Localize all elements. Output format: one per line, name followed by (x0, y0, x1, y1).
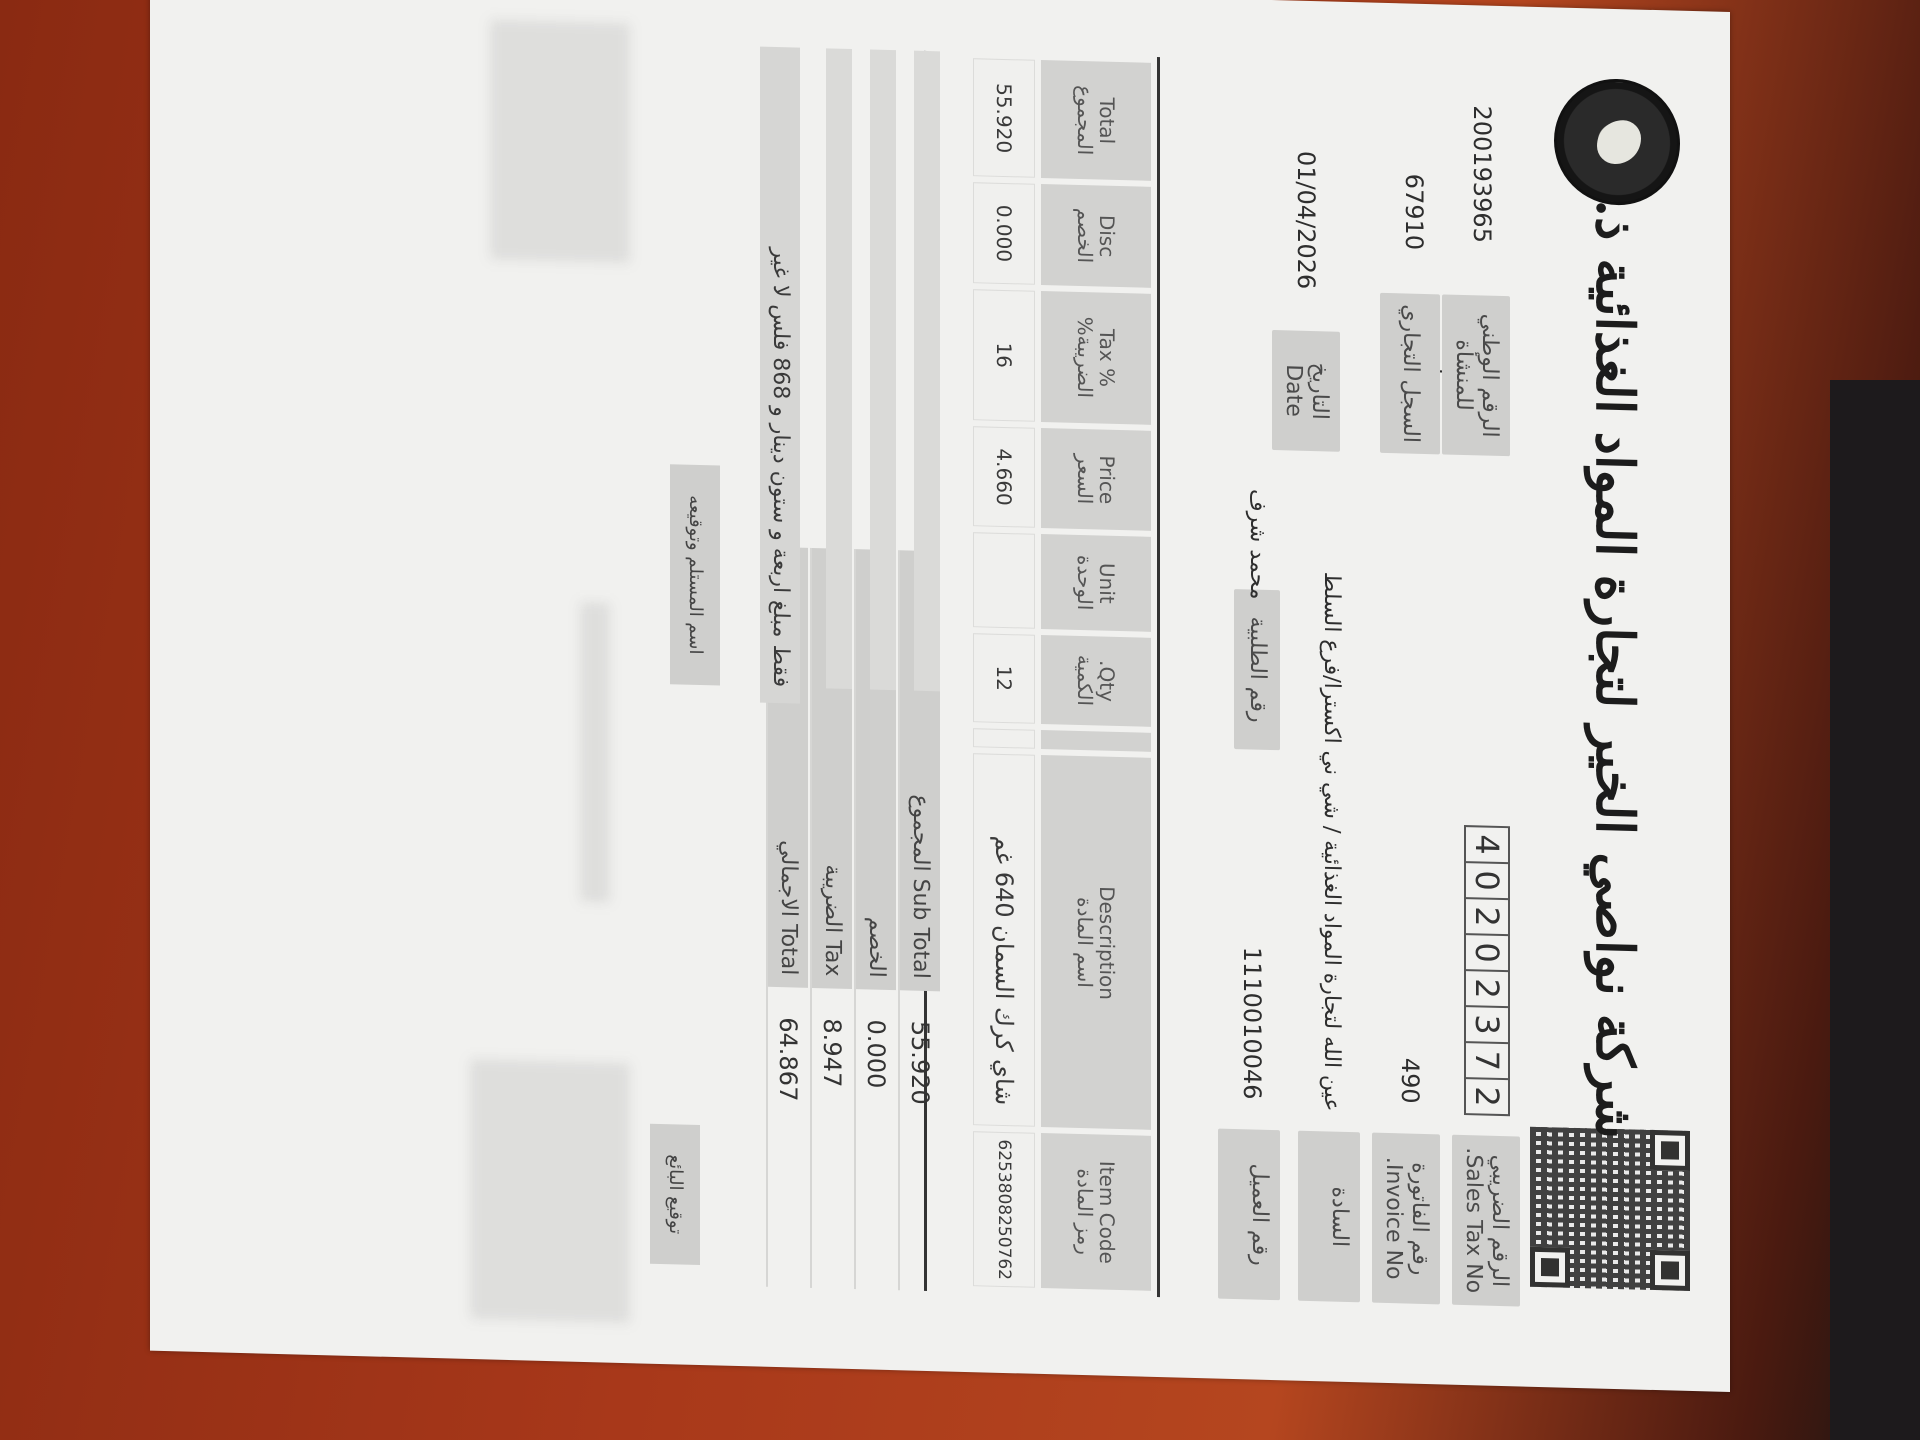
tax-digit: 2 (1466, 971, 1508, 1008)
customer-value: عين الله لتجارة المواد الغذائية / شي ني … (1319, 571, 1344, 1111)
invoice-no-value: 490 (1396, 1057, 1424, 1104)
invoice-paper: شركة نواصي الخير لتجارة المواد الغذائية … (150, 0, 1730, 1392)
column-header-en: Item Code (1096, 1141, 1118, 1284)
cell-blank (973, 728, 1035, 749)
national-no-label: الرقم الوطني للمنشأة (1442, 294, 1510, 456)
print-smudge (490, 20, 630, 264)
items-header-row: Item Codeرمز المادةDescriptionاسم المادة… (1041, 60, 1151, 1291)
date-label-ar: التاريخ (1306, 341, 1332, 442)
column-header-en: Qty. (1096, 642, 1118, 719)
items-table: Item Codeرمز المادةDescriptionاسم المادة… (967, 52, 1157, 1297)
print-smudge (470, 1059, 630, 1323)
commercial-reg-value: 67910 (1400, 173, 1428, 250)
tax-value: 8.947 (812, 1018, 852, 1279)
tax-digit: 4 (1466, 827, 1508, 864)
cell-disc: 0.000 (973, 182, 1035, 284)
company-name: شركة نواصي الخير لتجارة المواد الغذائية … (1584, 116, 1645, 1140)
receiver-signature-box: اسم المستلم وتوقيعه (670, 464, 720, 685)
amount-in-words: فقط مبلغ اربعة و ستون دينار و 868 فلس لا… (760, 47, 800, 704)
items-body: 6253808250762شاي كرك السمان 640 غم124.66… (973, 58, 1035, 1288)
empty-band (870, 49, 896, 690)
tax-digit: 2 (1466, 899, 1508, 936)
discount-value: 0.000 (856, 1019, 896, 1280)
cell-tax-pct: 16 (973, 289, 1035, 422)
qr-finder (1530, 1247, 1570, 1288)
column-header-en: Total (1096, 67, 1118, 174)
tax-digit: 0 (1466, 863, 1508, 900)
tax-digit: 7 (1466, 1043, 1508, 1080)
national-no-value: 200193965 (1468, 105, 1496, 243)
column-header: Item Codeرمز المادة (1041, 1133, 1151, 1290)
empty-band (914, 51, 940, 692)
column-header: Unitالوحدة (1041, 534, 1151, 632)
cell-price: 4.660 (973, 426, 1035, 528)
column-header: Priceالسعر (1041, 428, 1151, 531)
column-header-ar: الوحدة (1074, 541, 1096, 624)
background-dark-object (1830, 380, 1920, 1440)
tax-digit: 2 (1466, 1079, 1508, 1114)
column-header-en: % Tax (1096, 298, 1118, 418)
commercial-reg-label: السجل التجاري (1380, 293, 1440, 455)
grand-total-value: 64.867 (768, 1017, 808, 1278)
subtotal-value: 55.920 (900, 1020, 940, 1281)
column-header: Descriptionاسم المادة (1041, 755, 1151, 1130)
invoice-no-label-ar: رقم الفاتورة (1406, 1144, 1432, 1295)
client-no-label: رقم العميل (1218, 1129, 1280, 1301)
invoice-header: شركة نواصي الخير لتجارة المواد الغذائية … (1540, 67, 1700, 1311)
seller-signature-box: توقيع البائع (650, 1124, 700, 1265)
date-value: 01/04/2026 (1292, 151, 1320, 290)
table-row: 6253808250762شاي كرك السمان 640 غم124.66… (973, 58, 1035, 1288)
invoice-no-label: رقم الفاتورة Invoice No. (1372, 1133, 1440, 1305)
print-smudge (580, 602, 610, 903)
sales-tax-number: 40202372 (1464, 825, 1510, 1116)
tax-digit: 3 (1466, 1007, 1508, 1044)
cell-qty: 12 (973, 633, 1035, 723)
column-header-ar: السعر (1074, 435, 1096, 524)
date-label-en: Date (1280, 340, 1306, 441)
column-header-ar: الخصم (1074, 191, 1096, 280)
column-header-en: Description (1096, 763, 1118, 1124)
column-header: Totalالمجموع (1041, 60, 1151, 181)
column-header-en: Price (1096, 435, 1118, 524)
column-header-ar: رمز المادة (1074, 1140, 1096, 1283)
empty-band (826, 48, 852, 689)
column-header-ar: الكمية (1074, 642, 1096, 719)
column-header-ar: المجموع (1074, 67, 1096, 174)
invoice-no-label-en: Invoice No. (1380, 1143, 1406, 1294)
company-logo-icon (1554, 77, 1680, 206)
totals-section: Sub Total المجموع 55.920 الخصم 0.000 Tax… (580, 42, 940, 1291)
qr-code-icon (1530, 1127, 1690, 1291)
column-header-en: Unit (1096, 542, 1118, 625)
column-header: Discالخصم (1041, 184, 1151, 287)
salesman-value: محمد شرف (1245, 489, 1270, 600)
customer-label: السادة (1298, 1131, 1360, 1303)
client-no-value: 1110010046 (1238, 946, 1266, 1099)
column-header: Qty.الكمية (1041, 635, 1151, 727)
column-header-en: Disc (1096, 192, 1118, 281)
qr-finder (1650, 1130, 1690, 1171)
column-header (1041, 730, 1151, 753)
qr-finder (1650, 1250, 1690, 1291)
column-header-ar: الضريبة% (1074, 297, 1096, 417)
cell-total: 55.920 (973, 58, 1035, 178)
sales-tax-label-ar: الرقم الضريبي (1486, 1146, 1512, 1297)
column-header: % Taxالضريبة% (1041, 291, 1151, 425)
cell-description: شاي كرك السمان 640 غم (973, 754, 1035, 1128)
tax-digit: 0 (1466, 935, 1508, 972)
sales-tax-label: الرقم الضريبي Sales Tax No. (1452, 1135, 1520, 1307)
sales-tax-label-en: Sales Tax No. (1460, 1145, 1486, 1296)
cell-item-code: 6253808250762 (973, 1132, 1035, 1288)
items-section: Item Codeرمز المادةDescriptionاسم المادة… (924, 51, 1160, 1297)
invoice-meta: الرقم الضريبي Sales Tax No. 40202372 رقم… (1190, 58, 1520, 1307)
photo-frame: شركة نواصي الخير لتجارة المواد الغذائية … (75, 12, 1735, 1432)
date-label: التاريخ Date (1272, 330, 1340, 452)
order-no-label: رقم الطلبية (1234, 589, 1280, 750)
column-header-ar: اسم المادة (1074, 762, 1096, 1123)
cell-unit (973, 532, 1035, 628)
